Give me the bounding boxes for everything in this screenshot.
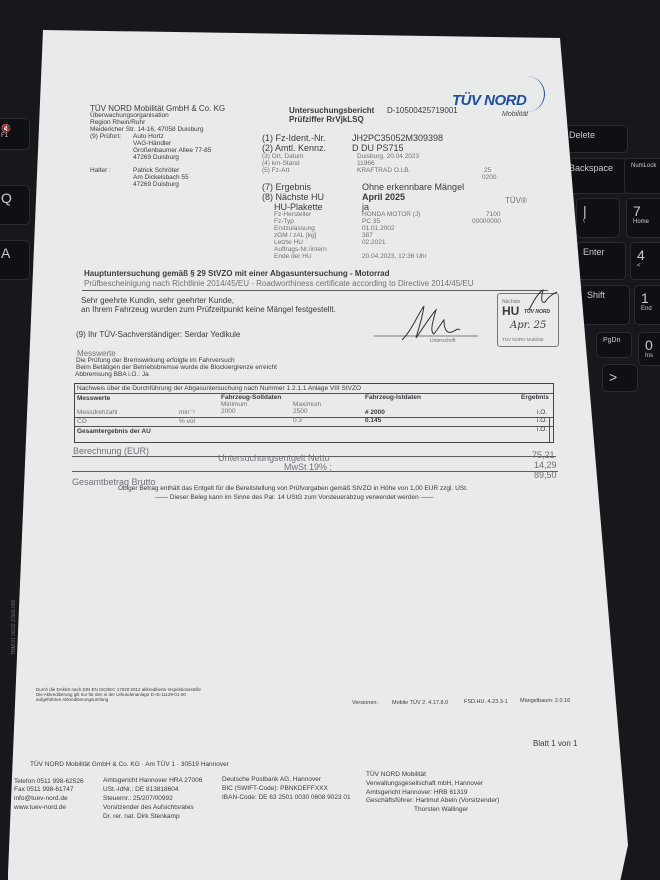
signature-caption: Unterschrift (430, 337, 456, 345)
report-number: D-10500425719001 (387, 106, 458, 116)
signature (372, 300, 482, 344)
col-header: Ergebnis (521, 394, 549, 402)
logo-subtitle: Mobilität (502, 111, 528, 118)
subheadline: Prüfbescheinigung nach Richtlinie 2014/4… (84, 279, 474, 289)
row-max: 0.3 (293, 417, 302, 425)
message: an Ihrem Fahrzeug wurden zum Prüfzeitpun… (81, 305, 336, 315)
register-line: Dr. rer. nat. Dirk Stenkamp (103, 813, 180, 821)
row-name: Messdrehzahl (77, 409, 117, 417)
pruefort-line: 47269 Duisburg (133, 154, 179, 162)
col-header: Fahrzeug-Istdaten (365, 394, 421, 402)
field-value: KRAFTRAD O.LB. (357, 167, 410, 175)
register-line: Vorsitzender des Aufsichtsrates (103, 804, 194, 812)
mgmt-line: Thorsten Wallinger (414, 806, 468, 814)
accreditation-line: aufgeführten Akkreditierungsumfang (36, 697, 108, 702)
halter-line: 47269 Duisburg (133, 181, 179, 189)
tuev-nord-logo: TÜV NORD (452, 92, 526, 109)
divider (82, 290, 548, 291)
field-label: (5) Fz-Art (262, 167, 289, 175)
contact-line: Fax 0511 998-61747 (14, 786, 74, 794)
version-item: FSD.HU. 4.23.3-1 (464, 698, 508, 706)
pruefort-label: (9) Prüfort: (90, 133, 121, 141)
au-table-title: Nachweis über die Durchführung der Abgas… (77, 385, 361, 393)
contact-line: www.tuev-nord.de (14, 804, 66, 812)
expert: (9) Ihr TÜV-Sachverständiger: Serdar Yed… (76, 330, 240, 340)
plaque-signature (525, 288, 561, 312)
mgmt-line: Geschäftsführer: Hartmut Abeln (Vorsitze… (366, 797, 499, 805)
versions-label: Versionen: (352, 699, 378, 707)
field-label: Ende der HU (274, 253, 312, 261)
row-unit: min⁻¹ (179, 409, 195, 417)
halter-label: Halter : (90, 167, 111, 175)
total-label: Gesamtergebnis der AU (77, 428, 151, 436)
row-result: i.O. (537, 417, 547, 425)
version-item: Mobile TÜV 2. 4.17.8.0 (392, 699, 448, 707)
hersteller-code: 00000000 (472, 218, 501, 226)
row-max: 2500 (293, 408, 307, 416)
field-value: 20.04.2023, 12:36 Uhr (362, 253, 427, 261)
company-line: TÜV NORD Mobilität GmbH & Co. KG · Am TÜ… (30, 761, 229, 769)
pruefziffer: Prüfziffer RrVjkLSQ (289, 115, 364, 125)
billing-note: —— Dieser Beleg kann im Sinne des Par. 1… (155, 494, 434, 502)
row-name: CO (77, 418, 87, 426)
divider (72, 471, 558, 472)
row-min: 2000 (221, 408, 235, 416)
mgmt-line: Verwaltungsgesellschaft mbH, Hannover (366, 780, 483, 788)
form-code: TNM 01 06/22 2.500.000 (10, 600, 18, 655)
register-line: USt.-IdNr.: DE 813818604 (103, 786, 179, 794)
field-value: 02.2021 (362, 239, 386, 247)
mgmt-line: TÜV NORD Mobilität (366, 771, 426, 779)
au-table: Nachweis über die Durchführung der Abgas… (74, 383, 554, 443)
row-ist: # 2000 (365, 409, 385, 417)
register-line: Amtsgericht Hannover HRA 27006 (103, 777, 202, 785)
version-item: Mängelbaum: 2.0.16 (520, 697, 570, 705)
row-result: i.O. (537, 409, 547, 417)
tuev-mark: TÜV® (505, 196, 527, 206)
contact-line: Telefon 0511 998-62526 (14, 778, 84, 786)
col-header: Messwerte (77, 395, 110, 403)
register-line: Steuernr.: 25/207/00992 (103, 795, 173, 803)
bank-line: IBAN-Code: DE 63 2501 0030 0608 9023 01 (222, 794, 351, 802)
headline: Hauptuntersuchung gemäß § 29 StVZO mit e… (84, 269, 390, 279)
row-unit: % vol (179, 418, 195, 426)
bank-line: BIC (SWIFT-Code): PBNKDEFFXXX (222, 785, 328, 793)
fz-art-code: 0200 (482, 174, 496, 182)
billing-note: Obiger Betrag enthält das Entgelt für di… (118, 485, 468, 493)
mgmt-line: Amtsgericht Hannover: HRB 61319 (366, 789, 468, 797)
total-result: i.O. (537, 426, 547, 434)
row-ist: 0.145 (365, 417, 381, 425)
gross-value: 89,50 (534, 470, 557, 481)
contact-line: info@tuev-nord.de (14, 795, 68, 803)
page-number: Blatt 1 von 1 (533, 739, 577, 749)
brake-line: Abbremsung BBA i.O.: Ja (75, 371, 149, 379)
inspection-report: TÜV NORD Mobilität GmbH & Co. KG Überwac… (0, 0, 660, 880)
bank-line: Deutsche Postbank AG, Hannover (222, 776, 321, 784)
